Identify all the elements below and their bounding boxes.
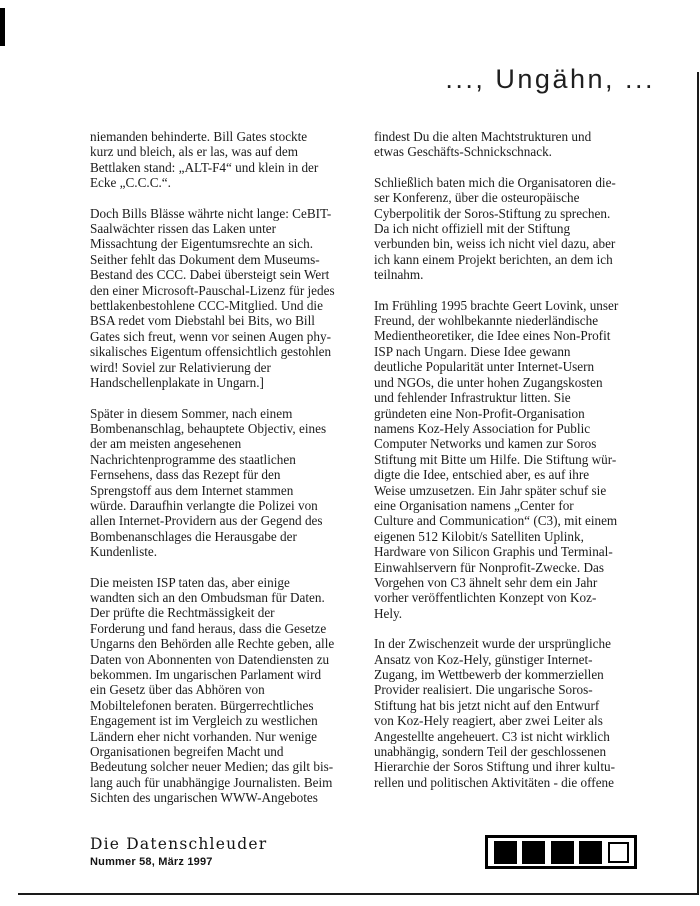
text-line: Zugang, im Wettbewerb der kommerziellen [374, 667, 631, 682]
text-line: ISP nach Ungarn. Diese Idee gewann [374, 344, 631, 359]
text-line: etwas Geschäfts-Schnickschnack. [374, 144, 631, 159]
text-line: ser Konferenz, über die osteuropäische [374, 190, 631, 205]
paragraph: Im Frühling 1995 brachte Geert Lovink, u… [374, 298, 631, 622]
text-line: Angestellte angeheuert. C3 ist nicht wir… [374, 729, 631, 744]
text-line: eine Organisation namens „Center for [374, 498, 631, 513]
indicator-square-filled [494, 841, 517, 864]
text-line: kurz und bleich, als er las, was auf dem [90, 144, 347, 159]
text-line: Engagement ist im Vergleich zu westliche… [90, 713, 347, 728]
text-line: bettlakenbestohlene CCC-Mitglied. Und di… [90, 298, 347, 313]
footer-issue-line: Nummer 58, März 1997 [90, 856, 213, 868]
text-line: von Koz-Hely reagiert, aber zwei Leiter … [374, 713, 631, 728]
footer-publication-name: Die Datenschleuder [90, 835, 267, 853]
text-line: Ungarns den Behörden alle Rechte geben, … [90, 636, 347, 651]
article-left-column: niemanden behinderte. Bill Gates stockte… [90, 129, 347, 806]
paragraph: niemanden behinderte. Bill Gates stockte… [90, 129, 347, 191]
text-line: Hierarchie der Soros Stiftung und ihrer … [374, 759, 631, 774]
text-line: Bombenanschlages die Herausgabe der [90, 529, 347, 544]
paragraph: Schließlich baten mich die Organisatoren… [374, 175, 631, 283]
text-line: Sichten des ungarischen WWW-Angebotes [90, 790, 347, 805]
article-right-column: findest Du die alten Machtstrukturen und… [374, 129, 631, 806]
text-line: Freund, der wohlbekannte niederländische [374, 313, 631, 328]
text-line: namens Koz-Hely Association for Public [374, 421, 631, 436]
text-line: Hely. [374, 606, 631, 621]
text-line: Im Frühling 1995 brachte Geert Lovink, u… [374, 298, 631, 313]
text-line: Später in diesem Sommer, nach einem [90, 406, 347, 421]
text-line: In der Zwischenzeit wurde der ursprüngli… [374, 636, 631, 651]
text-line: Die meisten ISP taten das, aber einige [90, 575, 347, 590]
page-title: ..., Ungähn, ... [445, 64, 655, 95]
page-number-indicator [485, 835, 637, 869]
text-line: Medientheoretiker, die Idee eines Non-Pr… [374, 328, 631, 343]
text-line: lang auch für unabhängige Journalisten. … [90, 775, 347, 790]
text-line: allen Internet-Providern aus der Gegend … [90, 513, 347, 528]
text-line: eigenen 512 Kilobit/s Satelliten Uplink, [374, 529, 631, 544]
text-line: unabhängig, sondern Teil der geschlossen… [374, 744, 631, 759]
text-line: Schließlich baten mich die Organisatoren… [374, 175, 631, 190]
indicator-square-filled [551, 841, 574, 864]
text-line: den einer Microsoft-Pauschal-Lizenz für … [90, 283, 347, 298]
text-line: ein Gesetz über das Abhören von [90, 682, 347, 697]
text-line: Ansatz von Koz-Hely, günstiger Internet- [374, 652, 631, 667]
text-line: Vorgehen von C3 ähnelt sehr dem ein Jahr [374, 575, 631, 590]
text-line: Daten von Abonnenten von Datendiensten z… [90, 652, 347, 667]
text-line: Bedeutung solcher neuer Medien; das gilt… [90, 759, 347, 774]
text-line: Computer Networks und kamen zur Soros [374, 436, 631, 451]
text-line: Bestand des CCC. Dabei übersteigt sein W… [90, 267, 347, 282]
article-body: niemanden behinderte. Bill Gates stockte… [90, 129, 631, 806]
text-line: würde. Daraufhin verlangte die Polizei v… [90, 498, 347, 513]
paragraph: findest Du die alten Machtstrukturen und… [374, 129, 631, 160]
text-line: rellen und politischen Aktivitäten - die… [374, 775, 631, 790]
text-line: der am meisten angesehenen [90, 436, 347, 451]
text-line: niemanden behinderte. Bill Gates stockte [90, 129, 347, 144]
paragraph: Die meisten ISP taten das, aber einigewa… [90, 575, 347, 806]
text-line: Forderung und fand heraus, dass die Gese… [90, 621, 347, 636]
text-line: Cyberpolitik der Soros-Stiftung zu sprec… [374, 206, 631, 221]
text-line: und fehlender Infrastruktur litten. Sie [374, 390, 631, 405]
text-line: findest Du die alten Machtstrukturen und [374, 129, 631, 144]
text-line: BSA redet vom Diebstahl bei Bits, wo Bil… [90, 313, 347, 328]
text-line: deutliche Popularität unter Internet-Use… [374, 359, 631, 374]
text-line: bekommen. Im ungarischen Parlament wird [90, 667, 347, 682]
text-line: Organisationen begreifen Macht und [90, 744, 347, 759]
text-line: Nachrichtenprogramme des staatlichen [90, 452, 347, 467]
text-line: wandten sich an den Ombudsman für Daten. [90, 590, 347, 605]
text-line: verbunden bin, weiss ich nicht viel dazu… [374, 236, 631, 251]
indicator-square-empty [608, 842, 629, 863]
text-line: Gates sich freut, wenn vor seinen Augen … [90, 329, 347, 344]
indicator-square-filled [579, 841, 602, 864]
text-line: teilnahm. [374, 267, 631, 282]
text-line: Fernsehens, dass das Rezept für den [90, 467, 347, 482]
text-line: Stiftung mit Bitte um Hilfe. Die Stiftun… [374, 452, 631, 467]
scanned-magazine-page: ..., Ungähn, ... niemanden behinderte. B… [0, 0, 700, 906]
text-line: Saalwächter rissen das Laken unter [90, 221, 347, 236]
text-line: Kundenliste. [90, 544, 347, 559]
paragraph: Doch Bills Blässe währte nicht lange: Ce… [90, 206, 347, 391]
paragraph: Später in diesem Sommer, nach einemBombe… [90, 406, 347, 560]
text-line: Stiftung hat bis jetzt nicht auf den Ent… [374, 698, 631, 713]
scan-artifact-left-edge [0, 8, 5, 46]
text-line: Sprengstoff aus dem Internet stammen [90, 483, 347, 498]
indicator-square-filled [522, 841, 545, 864]
text-line: vorher veröffentlichten Konzept von Koz- [374, 590, 631, 605]
text-line: Doch Bills Blässe währte nicht lange: Ce… [90, 206, 347, 221]
text-line: Ecke „C.C.C.“. [90, 175, 347, 190]
text-line: Hardware von Silicon Graphis und Termina… [374, 544, 631, 559]
text-line: Weise umzusetzen. Ein Jahr später schuf … [374, 483, 631, 498]
text-line: Bombenanschlag, behauptete Objectiv, ein… [90, 421, 347, 436]
text-line: Ländern eher nicht vorhanden. Nur wenige [90, 729, 347, 744]
text-line: Culture and Communication“ (C3), mit ein… [374, 513, 631, 528]
scan-artifact-right-edge [697, 72, 699, 894]
scan-artifact-bottom-edge [18, 893, 699, 895]
text-line: Da ich nicht offiziell mit der Stiftung [374, 221, 631, 236]
text-line: Provider realisiert. Die ungarische Soro… [374, 682, 631, 697]
text-line: Mobiltelefonen beraten. Bürgerrechtliche… [90, 698, 347, 713]
text-line: Seither fehlt das Dokument dem Museums- [90, 252, 347, 267]
text-line: Handschellenplakate in Ungarn.] [90, 375, 347, 390]
text-line: Missachtung der Eigentumsrechte an sich. [90, 236, 347, 251]
text-line: ich kann einem Projekt berichten, an dem… [374, 252, 631, 267]
paragraph: In der Zwischenzeit wurde der ursprüngli… [374, 636, 631, 790]
text-line: gründeten eine Non-Profit-Organisation [374, 406, 631, 421]
text-line: sikalisches Eigentum offensichtlich gest… [90, 344, 347, 359]
text-line: Der prüfte die Rechtmässigkeit der [90, 605, 347, 620]
text-line: wird! Soviel zur Relativierung der [90, 360, 347, 375]
text-line: Einwahlservern für Nonprofit-Zwecke. Das [374, 560, 631, 575]
text-line: Bettlaken stand: „ALT-F4“ und klein in d… [90, 160, 347, 175]
text-line: und NGOs, die unter hohen Zugangskosten [374, 375, 631, 390]
text-line: digte die Idee, entschied aber, es auf i… [374, 467, 631, 482]
